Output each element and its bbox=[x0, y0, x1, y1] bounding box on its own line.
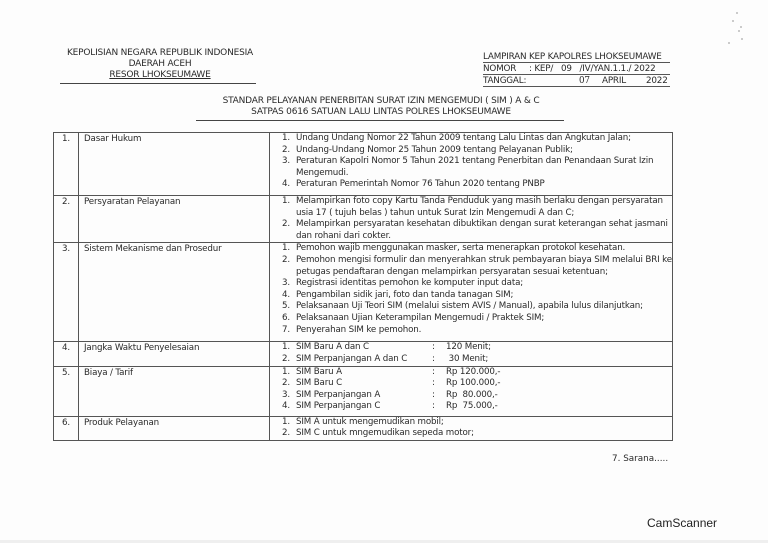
item-number: 2. bbox=[273, 354, 296, 366]
list-item: 4.Pengambilan sidik jari, foto dan tanda… bbox=[273, 290, 672, 302]
item-number: 6. bbox=[273, 313, 296, 325]
item-text: SIM C untuk mngemudikan sepeda motor; bbox=[296, 428, 672, 440]
item-number: 1. bbox=[273, 133, 296, 145]
item-number: 2. bbox=[273, 378, 296, 390]
item-key: SIM Baru C bbox=[296, 378, 432, 390]
row-number: 4. bbox=[54, 342, 79, 366]
item-number: 1. bbox=[273, 196, 296, 219]
item-value: Rp 75.000,- bbox=[446, 401, 498, 413]
nomor-value: : KEP/ 09 /IV/YAN.1.1./ 2022 bbox=[529, 63, 656, 75]
item-text: SIM A untuk mengemudikan mobil; bbox=[296, 417, 672, 429]
row-label: Persyaratan Pelayanan bbox=[79, 196, 270, 243]
list-item: 5.Pelaksanaan Uji Teori SIM (melalui sis… bbox=[273, 301, 672, 313]
list-item: 2.SIM Baru C:Rp 100.000,- bbox=[273, 378, 672, 390]
item-text: Registrasi identitas pemohon ke komputer… bbox=[296, 278, 672, 290]
row-number: 3. bbox=[54, 243, 79, 342]
tanggal-year: 2022 bbox=[646, 75, 668, 87]
item-number: 3. bbox=[273, 278, 296, 290]
item-separator: : bbox=[432, 342, 446, 354]
item-separator: : bbox=[432, 354, 446, 366]
list-item: 1.Undang Undang Nomor 22 Tahun 2009 tent… bbox=[273, 133, 672, 145]
item-text: Undang Undang Nomor 22 Tahun 2009 tentan… bbox=[296, 133, 672, 145]
list-item: 3.SIM Perpanjangan A:Rp 80.000,- bbox=[273, 390, 672, 402]
item-number: 1. bbox=[273, 243, 296, 255]
row-content: 1.SIM Baru A:Rp 120.000,-2.SIM Baru C:Rp… bbox=[270, 366, 673, 416]
row-content: 1.Pemohon wajib menggunakan masker, sert… bbox=[270, 243, 673, 342]
item-number: 2. bbox=[273, 255, 296, 278]
item-number: 4. bbox=[273, 401, 296, 413]
list-item: 2.Undang-Undang Nomor 25 Tahun 2009 tent… bbox=[273, 145, 672, 157]
item-number: 4. bbox=[273, 179, 296, 191]
item-separator: : bbox=[432, 367, 446, 379]
item-separator: : bbox=[432, 390, 446, 402]
attachment-reference: LAMPIRAN KEP KAPOLRES LHOKSEUMAWE NOMOR … bbox=[483, 51, 670, 87]
table-row: 2.Persyaratan Pelayanan1.Melampirkan fot… bbox=[54, 196, 673, 243]
row-label: Jangka Waktu Penyelesaian bbox=[79, 342, 270, 366]
list-item: 6.Pelaksanaan Ujian Keterampilan Mengemu… bbox=[273, 313, 672, 325]
item-text: Pemohon wajib menggunakan masker, serta … bbox=[296, 243, 672, 255]
item-separator: : bbox=[432, 401, 446, 413]
list-item: 2.SIM C untuk mngemudikan sepeda motor; bbox=[273, 428, 672, 440]
row-label: Produk Pelayanan bbox=[79, 416, 270, 440]
row-content: 1.Undang Undang Nomor 22 Tahun 2009 tent… bbox=[270, 133, 673, 196]
item-number: 2. bbox=[273, 145, 296, 157]
item-text: Undang-Undang Nomor 25 Tahun 2009 tentan… bbox=[296, 145, 672, 157]
decree-date: TANGGAL: 07 APRIL 2022 bbox=[483, 75, 670, 87]
item-number: 2. bbox=[273, 428, 296, 440]
attachment-title: LAMPIRAN KEP KAPOLRES LHOKSEUMAWE bbox=[483, 51, 670, 63]
decree-number: NOMOR : KEP/ 09 /IV/YAN.1.1./ 2022 bbox=[483, 63, 670, 75]
row-content: 1.Melampirkan foto copy Kartu Tanda Pend… bbox=[270, 196, 673, 243]
item-text: Pengambilan sidik jari, foto dan tanda t… bbox=[296, 290, 672, 302]
document-title: STANDAR PELAYANAN PENERBITAN SURAT IZIN … bbox=[196, 96, 566, 107]
list-item: 4.SIM Perpanjangan C:Rp 75.000,- bbox=[273, 401, 672, 413]
item-number: 1. bbox=[273, 367, 296, 379]
table-row: 6.Produk Pelayanan1.SIM A untuk mengemud… bbox=[54, 416, 673, 440]
item-number: 4. bbox=[273, 290, 296, 302]
item-value: Rp 80.000,- bbox=[446, 390, 498, 402]
row-number: 6. bbox=[54, 416, 79, 440]
scan-noise bbox=[720, 8, 760, 48]
row-label: Biaya / Tarif bbox=[79, 366, 270, 416]
tanggal-day: 07 bbox=[579, 75, 590, 87]
list-item: 7.Penyerahan SIM ke pemohon. bbox=[273, 325, 672, 337]
institution-header: KEPOLISIAN NEGARA REPUBLIK INDONESIA DAE… bbox=[60, 48, 260, 81]
table-row: 4.Jangka Waktu Penyelesaian1.SIM Baru A … bbox=[54, 342, 673, 366]
header-left-divider bbox=[60, 83, 256, 84]
nomor-label: NOMOR bbox=[483, 64, 516, 74]
row-label: Dasar Hukum bbox=[79, 133, 270, 196]
service-standard-table: 1.Dasar Hukum1.Undang Undang Nomor 22 Ta… bbox=[53, 132, 673, 441]
item-value: Rp 100.000,- bbox=[446, 378, 500, 390]
item-value: 30 Menit; bbox=[446, 354, 488, 366]
item-text: Melampirkan persyaratan kesehatan dibukt… bbox=[296, 219, 672, 242]
list-item: 3.Peraturan Kapolri Nomor 5 Tahun 2021 t… bbox=[273, 156, 672, 179]
item-text: Pemohon mengisi formulir dan menyerahkan… bbox=[296, 255, 672, 278]
item-text: Melampirkan foto copy Kartu Tanda Pendud… bbox=[296, 196, 672, 219]
list-item: 1.SIM Baru A:Rp 120.000,- bbox=[273, 367, 672, 379]
item-number: 7. bbox=[273, 325, 296, 337]
list-item: 1.SIM A untuk mengemudikan mobil; bbox=[273, 417, 672, 429]
item-number: 1. bbox=[273, 417, 296, 429]
document-subtitle: SATPAS 0616 SATUAN LALU LINTAS POLRES LH… bbox=[196, 107, 566, 118]
item-key: SIM Perpanjangan A bbox=[296, 390, 432, 402]
table-row: 3.Sistem Mekanisme dan Prosedur1.Pemohon… bbox=[54, 243, 673, 342]
camscanner-watermark: CamScanner bbox=[647, 516, 717, 530]
item-value: Rp 120.000,- bbox=[446, 367, 500, 379]
list-item: 2.Pemohon mengisi formulir dan menyerahk… bbox=[273, 255, 672, 278]
item-key: SIM Perpanjangan A dan C bbox=[296, 354, 432, 366]
institution-line-3: RESOR LHOKSEUMAWE bbox=[60, 70, 260, 81]
row-number: 2. bbox=[54, 196, 79, 243]
list-item: 2.SIM Perpanjangan A dan C: 30 Menit; bbox=[273, 354, 672, 366]
item-text: Peraturan Pemerintah Nomor 76 Tahun 2020… bbox=[296, 179, 672, 191]
item-text: Pelaksanaan Ujian Keterampilan Mengemudi… bbox=[296, 313, 672, 325]
item-key: SIM Baru A dan C bbox=[296, 342, 432, 354]
item-number: 3. bbox=[273, 390, 296, 402]
tanggal-month: APRIL bbox=[602, 75, 626, 87]
row-content: 1.SIM A untuk mengemudikan mobil;2.SIM C… bbox=[270, 416, 673, 440]
table-row: 1.Dasar Hukum1.Undang Undang Nomor 22 Ta… bbox=[54, 133, 673, 196]
item-number: 2. bbox=[273, 219, 296, 242]
tanggal-label: TANGGAL: bbox=[483, 76, 526, 86]
row-number: 1. bbox=[54, 133, 79, 196]
item-key: SIM Baru A bbox=[296, 367, 432, 379]
item-number: 5. bbox=[273, 301, 296, 313]
item-number: 1. bbox=[273, 342, 296, 354]
item-key: SIM Perpanjangan C bbox=[296, 401, 432, 413]
list-item: 3.Registrasi identitas pemohon ke komput… bbox=[273, 278, 672, 290]
row-label: Sistem Mekanisme dan Prosedur bbox=[79, 243, 270, 342]
list-item: 2.Melampirkan persyaratan kesehatan dibu… bbox=[273, 219, 672, 242]
row-content: 1.SIM Baru A dan C:120 Menit;2.SIM Perpa… bbox=[270, 342, 673, 366]
list-item: 1.Melampirkan foto copy Kartu Tanda Pend… bbox=[273, 196, 672, 219]
row-number: 5. bbox=[54, 366, 79, 416]
item-value: 120 Menit; bbox=[446, 342, 491, 354]
item-text: Peraturan Kapolri Nomor 5 Tahun 2021 ten… bbox=[296, 156, 672, 179]
title-divider bbox=[196, 120, 564, 121]
list-item: 1.SIM Baru A dan C:120 Menit; bbox=[273, 342, 672, 354]
item-separator: : bbox=[432, 378, 446, 390]
list-item: 1.Pemohon wajib menggunakan masker, sert… bbox=[273, 243, 672, 255]
item-text: Pelaksanaan Uji Teori SIM (melalui siste… bbox=[296, 301, 672, 313]
institution-line-1: KEPOLISIAN NEGARA REPUBLIK INDONESIA bbox=[60, 48, 260, 59]
item-text: Penyerahan SIM ke pemohon. bbox=[296, 325, 672, 337]
table-row: 5.Biaya / Tarif1.SIM Baru A:Rp 120.000,-… bbox=[54, 366, 673, 416]
item-number: 3. bbox=[273, 156, 296, 179]
institution-line-2: DAERAH ACEH bbox=[60, 59, 260, 70]
continuation-note: 7. Sarana..... bbox=[612, 454, 668, 464]
list-item: 4.Peraturan Pemerintah Nomor 76 Tahun 20… bbox=[273, 179, 672, 191]
